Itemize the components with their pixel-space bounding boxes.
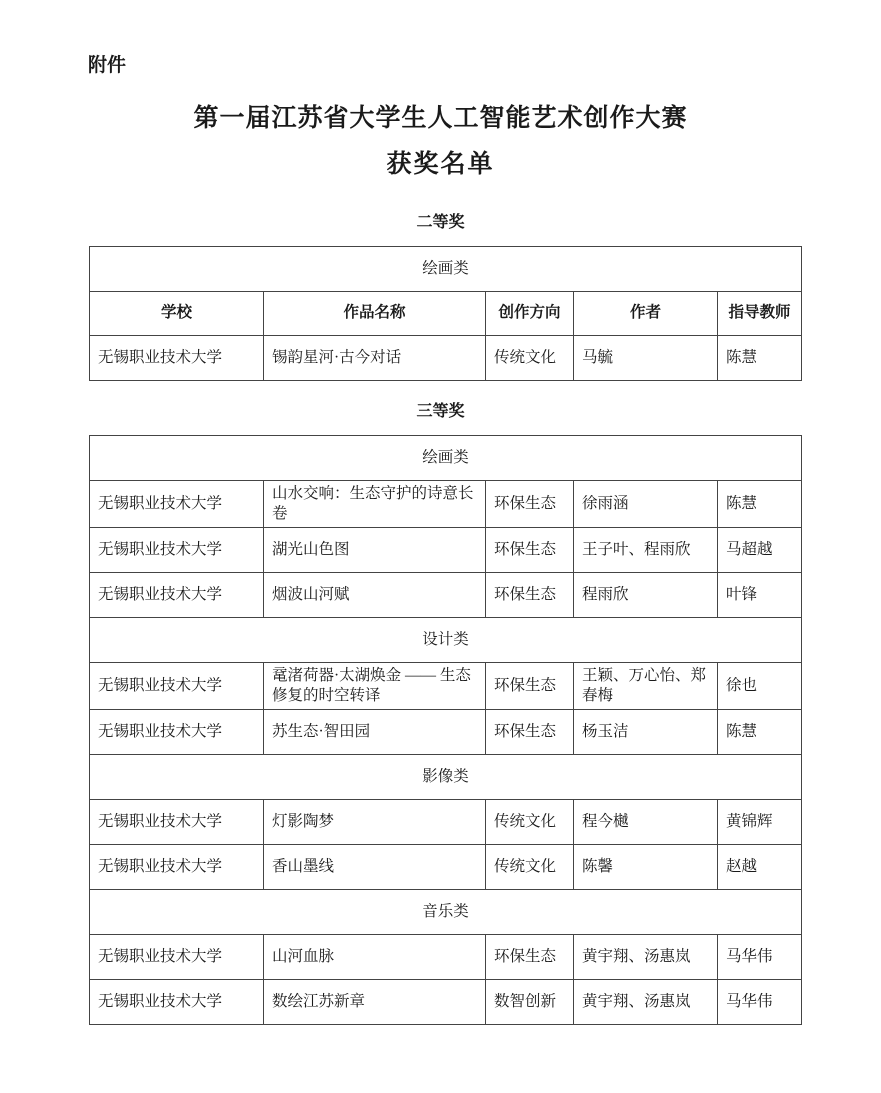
school-cell: 无锡职业技术大学 [90,335,264,380]
author-cell: 程今樾 [574,799,718,844]
document-page: 附件 第一届江苏省大学生人工智能艺术创作大赛 获奖名单 二等奖绘画类学校作品名称… [0,0,881,1093]
direction-cell: 传统文化 [486,844,574,889]
school-cell: 无锡职业技术大学 [90,934,264,979]
category-label: 设计类 [90,617,802,662]
advisor-cell: 马华伟 [718,934,802,979]
table-row: 无锡职业技术大学山水交响：生态守护的诗意长卷环保生态徐雨涵陈慧 [90,480,802,527]
author-cell: 王颖、万心怡、郑春梅 [574,662,718,709]
column-header-row: 学校作品名称创作方向作者指导教师 [90,291,802,335]
category-row: 设计类 [90,617,802,662]
table-row: 无锡职业技术大学烟波山河赋环保生态程雨欣叶锋 [90,572,802,617]
table-row: 无锡职业技术大学数绘江苏新章数智创新黄宇翔、汤惠岚马华伟 [90,979,802,1024]
school-cell: 无锡职业技术大学 [90,572,264,617]
author-cell: 马毓 [574,335,718,380]
column-header: 学校 [90,291,264,335]
category-row: 绘画类 [90,435,802,480]
direction-cell: 传统文化 [486,799,574,844]
work-title-cell: 山水交响：生态守护的诗意长卷 [264,480,486,527]
table-row: 无锡职业技术大学山河血脉环保生态黄宇翔、汤惠岚马华伟 [90,934,802,979]
advisor-cell: 马超越 [718,527,802,572]
work-title-cell: 烟波山河赋 [264,572,486,617]
awards-table: 绘画类学校作品名称创作方向作者指导教师无锡职业技术大学锡韵星河·古今对话传统文化… [89,246,802,381]
direction-cell: 环保生态 [486,662,574,709]
advisor-cell: 徐也 [718,662,802,709]
table-row: 无锡职业技术大学苏生态·智田园环保生态杨玉洁陈慧 [90,709,802,754]
school-cell: 无锡职业技术大学 [90,979,264,1024]
column-header: 创作方向 [486,291,574,335]
advisor-cell: 叶锋 [718,572,802,617]
direction-cell: 环保生态 [486,480,574,527]
work-title-cell: 山河血脉 [264,934,486,979]
advisor-cell: 马华伟 [718,979,802,1024]
author-cell: 陈馨 [574,844,718,889]
category-label: 影像类 [90,754,802,799]
author-cell: 黄宇翔、汤惠岚 [574,934,718,979]
page-subtitle: 获奖名单 [0,149,881,180]
category-row: 绘画类 [90,246,802,291]
work-title-cell: 锡韵星河·古今对话 [264,335,486,380]
table-row: 无锡职业技术大学灯影陶梦传统文化程今樾黄锦辉 [90,799,802,844]
category-row: 影像类 [90,754,802,799]
category-label: 绘画类 [90,246,802,291]
advisor-cell: 陈慧 [718,480,802,527]
work-title-cell: 香山墨线 [264,844,486,889]
work-title-cell: 鼋渚荷器·太湖焕金 —— 生态修复的时空转译 [264,662,486,709]
advisor-cell: 赵越 [718,844,802,889]
work-title-cell: 灯影陶梦 [264,799,486,844]
author-cell: 程雨欣 [574,572,718,617]
category-row: 音乐类 [90,889,802,934]
author-cell: 徐雨涵 [574,480,718,527]
direction-cell: 环保生态 [486,709,574,754]
advisor-cell: 黄锦辉 [718,799,802,844]
column-header: 指导教师 [718,291,802,335]
advisor-cell: 陈慧 [718,335,802,380]
author-cell: 王子叶、程雨欣 [574,527,718,572]
table-row: 无锡职业技术大学锡韵星河·古今对话传统文化马毓陈慧 [90,335,802,380]
direction-cell: 环保生态 [486,527,574,572]
author-cell: 杨玉洁 [574,709,718,754]
work-title-cell: 苏生态·智田园 [264,709,486,754]
school-cell: 无锡职业技术大学 [90,844,264,889]
advisor-cell: 陈慧 [718,709,802,754]
award-sections: 二等奖绘画类学校作品名称创作方向作者指导教师无锡职业技术大学锡韵星河·古今对话传… [0,213,881,1025]
attachment-label: 附件 [88,0,881,75]
category-label: 绘画类 [90,435,802,480]
column-header: 作品名称 [264,291,486,335]
direction-cell: 环保生态 [486,934,574,979]
author-cell: 黄宇翔、汤惠岚 [574,979,718,1024]
school-cell: 无锡职业技术大学 [90,662,264,709]
award-heading: 二等奖 [0,213,881,233]
work-title-cell: 湖光山色图 [264,527,486,572]
table-row: 无锡职业技术大学鼋渚荷器·太湖焕金 —— 生态修复的时空转译环保生态王颖、万心怡… [90,662,802,709]
award-heading: 三等奖 [0,402,881,422]
table-row: 无锡职业技术大学香山墨线传统文化陈馨赵越 [90,844,802,889]
school-cell: 无锡职业技术大学 [90,527,264,572]
school-cell: 无锡职业技术大学 [90,709,264,754]
direction-cell: 传统文化 [486,335,574,380]
awards-table: 绘画类无锡职业技术大学山水交响：生态守护的诗意长卷环保生态徐雨涵陈慧无锡职业技术… [89,435,802,1025]
category-label: 音乐类 [90,889,802,934]
direction-cell: 环保生态 [486,572,574,617]
page-title: 第一届江苏省大学生人工智能艺术创作大赛 [0,103,881,134]
direction-cell: 数智创新 [486,979,574,1024]
school-cell: 无锡职业技术大学 [90,799,264,844]
table-row: 无锡职业技术大学湖光山色图环保生态王子叶、程雨欣马超越 [90,527,802,572]
school-cell: 无锡职业技术大学 [90,480,264,527]
column-header: 作者 [574,291,718,335]
work-title-cell: 数绘江苏新章 [264,979,486,1024]
